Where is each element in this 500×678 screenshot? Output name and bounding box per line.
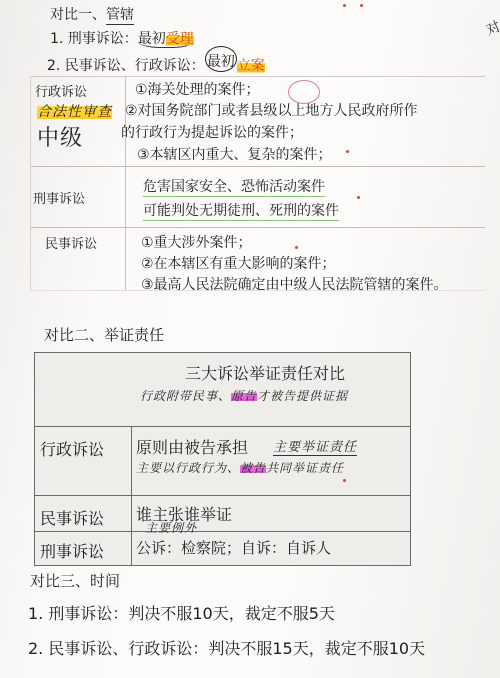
handwritten-note: 中级 xyxy=(37,121,83,152)
margin-cut-text: 对 xyxy=(482,16,500,40)
row-label-civil: 民事诉讼 xyxy=(45,233,97,252)
section2-title: 对比二、举证责任 xyxy=(44,324,164,345)
pen-mark xyxy=(295,246,298,249)
handwritten-note: 主要例外 xyxy=(145,519,197,536)
row-label-administrative: 行政诉讼 xyxy=(40,437,104,460)
row-label-criminal: 刑事诉讼 xyxy=(40,539,104,562)
handwritten-note: 行政附带民事、原告才被告提供证据 xyxy=(140,387,348,404)
section1-title: 对比一、管辖 xyxy=(50,4,134,24)
pen-mark xyxy=(343,479,346,482)
row-label-civil: 民事诉讼 xyxy=(40,506,104,529)
table-row-item: ①重大涉外案件； xyxy=(141,232,252,252)
table-row-item: 可能判处无期徒刑、死刑的案件 xyxy=(143,200,339,221)
circled-term: 最初 xyxy=(205,46,237,72)
table-divider xyxy=(35,426,410,427)
time-limit-item: 1. 刑事诉讼：判决不服10天，裁定不服5天 xyxy=(28,601,335,624)
pen-mark xyxy=(346,150,349,153)
handwritten-note: 主要举证责任 xyxy=(273,436,357,456)
section1-line2: 2. 民事诉讼、行政诉讼：最初立案 xyxy=(47,50,265,76)
table-cell-text: 原则由被告承担 xyxy=(136,435,248,458)
handwritten-note: 合法性审查 xyxy=(37,101,112,121)
pen-mark xyxy=(357,196,360,199)
highlighted-term: 受理 xyxy=(166,31,194,47)
burden-of-proof-table: 三大诉讼举证责任对比 行政附带民事、原告才被告提供证据 行政诉讼 原则由被告承担… xyxy=(34,352,411,566)
table-divider xyxy=(31,166,485,167)
row-label-criminal: 刑事诉讼 xyxy=(33,188,85,207)
table-row-item: 的行政行为提起诉讼的案件； xyxy=(121,122,303,142)
table-caption: 三大诉讼举证责任对比 xyxy=(185,361,345,384)
section3-title: 对比三、时间 xyxy=(30,570,120,591)
highlighted-term: 立案 xyxy=(237,58,265,74)
pen-circle-mark xyxy=(288,80,320,104)
table-divider xyxy=(35,531,410,532)
table-row-item: ③本辖区内重大、复杂的案件； xyxy=(137,144,332,164)
table-cell-text: 公诉：检察院；自诉：自诉人 xyxy=(136,537,331,558)
table-row-item: ②对国务院部门或者县级以上地方人民政府所作 xyxy=(125,100,418,120)
time-limit-item: 2. 民事诉讼、行政诉讼：判决不服15天，裁定不服10天 xyxy=(28,636,425,659)
study-notes-page: 对比一、管辖 1. 刑事诉讼：最初受理 2. 民事诉讼、行政诉讼：最初立案 对 … xyxy=(0,0,500,678)
section1-line1: 1. 刑事诉讼：最初受理 xyxy=(50,28,194,48)
pen-mark xyxy=(360,4,363,7)
row-label-administrative: 行政诉讼 xyxy=(35,81,87,100)
section1-title-keyword: 管辖 xyxy=(106,7,134,25)
table-row-item: ①海关处理的案件； xyxy=(135,79,260,99)
table-divider xyxy=(31,227,485,228)
table-row-item: ③最高人民法院确定由中级人民法院管辖的案件。 xyxy=(141,274,448,294)
handwritten-note: 主要以行政行为、被告共同举证责任 xyxy=(136,459,344,476)
table-row-item: 危害国家安全、恐怖活动案件 xyxy=(143,176,325,197)
table-row-item: ②在本辖区有重大影响的案件； xyxy=(141,253,336,273)
jurisdiction-table: 行政诉讼 合法性审查 中级 ①海关处理的案件； ②对国务院部门或者县级以上地方人… xyxy=(30,76,485,291)
table-divider xyxy=(35,495,410,496)
pen-mark xyxy=(343,4,346,7)
